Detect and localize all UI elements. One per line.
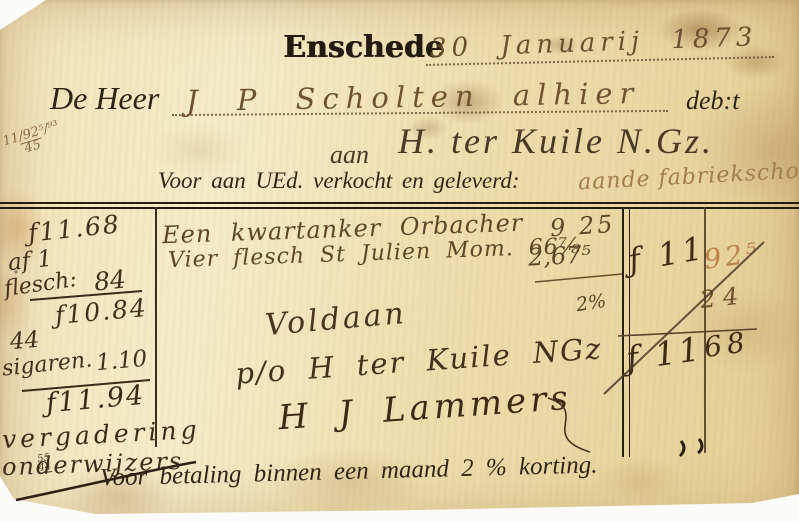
margin-bottle-value: 84 xyxy=(93,264,128,296)
addressee-label: De Heer xyxy=(50,80,159,117)
margin-tiny-bottom: 44 xyxy=(38,462,52,474)
sold-printed-line: Voor aan UEd. verkocht en geleverd: xyxy=(158,168,519,194)
place-title: Enschede xyxy=(283,30,444,65)
header-double-rule xyxy=(0,202,799,209)
item-amount: 2,67⁵ xyxy=(527,240,591,271)
discount-mark: 2% xyxy=(574,290,607,316)
invoice-scan: Enschede 30 Januarij 1873 De Heer J P Sc… xyxy=(0,0,799,521)
discount-cents: 2 4 xyxy=(699,282,740,314)
margin-tiny-fraction: 55 44 xyxy=(37,453,52,474)
aan-label: aan xyxy=(330,140,369,170)
debit-label: deb:t xyxy=(686,86,739,116)
margin-cigars-value: 1.10 xyxy=(95,346,148,376)
total-cents: 68 xyxy=(702,325,752,364)
left-column-rule xyxy=(155,207,157,447)
margin-count: 44 xyxy=(9,327,40,355)
firm-name: H. ter Kuile N.Gz. xyxy=(398,120,714,162)
